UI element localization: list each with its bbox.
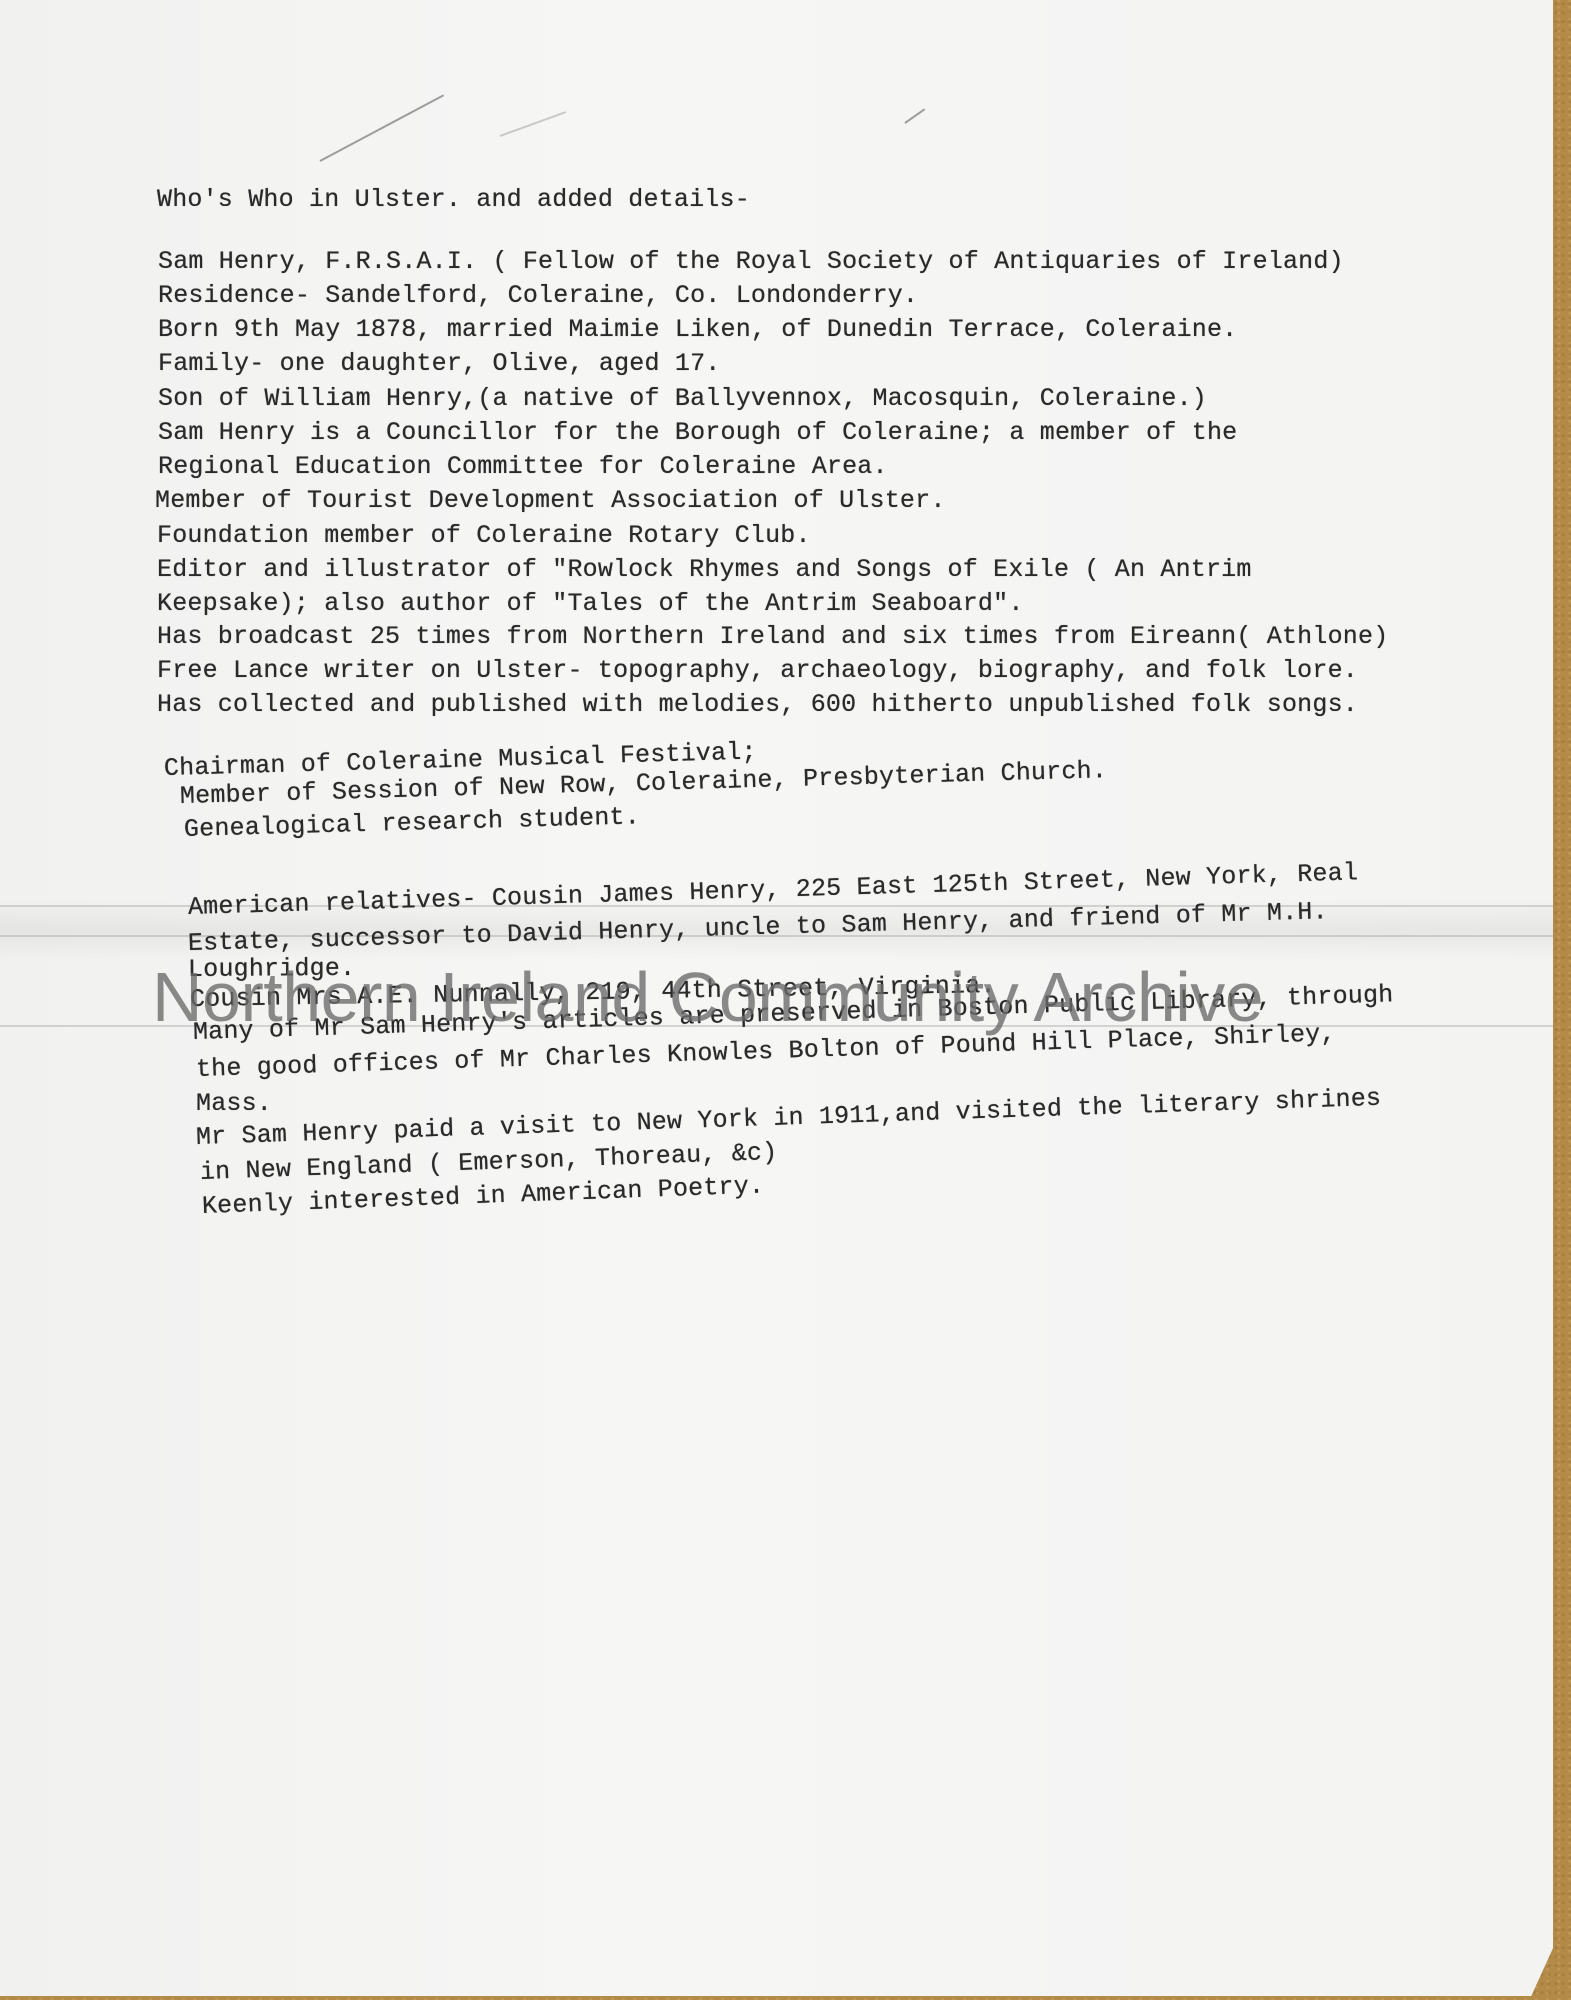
- text-line: Mass.: [196, 1089, 272, 1118]
- text-line: Has broadcast 25 times from Northern Ire…: [157, 622, 1388, 651]
- text-line: Editor and illustrator of "Rowlock Rhyme…: [157, 555, 1252, 584]
- text-line: Residence- Sandelford, Coleraine, Co. Lo…: [158, 281, 918, 310]
- text-line: Son of William Henry,(a native of Ballyv…: [158, 384, 1207, 413]
- text-line: Member of Tourist Development Associatio…: [155, 486, 946, 515]
- text-line: Foundation member of Coleraine Rotary Cl…: [157, 521, 811, 550]
- text-line: Regional Education Committee for Colerai…: [158, 452, 888, 481]
- text-line: Family- one daughter, Olive, aged 17.: [158, 349, 721, 378]
- archive-watermark: Northern Ireland Community Archive: [152, 957, 1263, 1037]
- text-line: Sam Henry, F.R.S.A.I. ( Fellow of the Ro…: [158, 247, 1344, 276]
- text-line: Mr Sam Henry paid a visit to New York in…: [196, 1084, 1382, 1152]
- document-heading: Who's Who in Ulster. and added details-: [157, 185, 750, 214]
- text-line: Sam Henry is a Councillor for the Boroug…: [158, 418, 1237, 447]
- text-line: Has collected and published with melodie…: [157, 690, 1358, 719]
- text-line: Keepsake); also author of "Tales of the …: [157, 589, 1024, 618]
- text-line: Born 9th May 1878, married Maimie Liken,…: [158, 315, 1237, 344]
- text-line: Free Lance writer on Ulster- topography,…: [157, 656, 1358, 685]
